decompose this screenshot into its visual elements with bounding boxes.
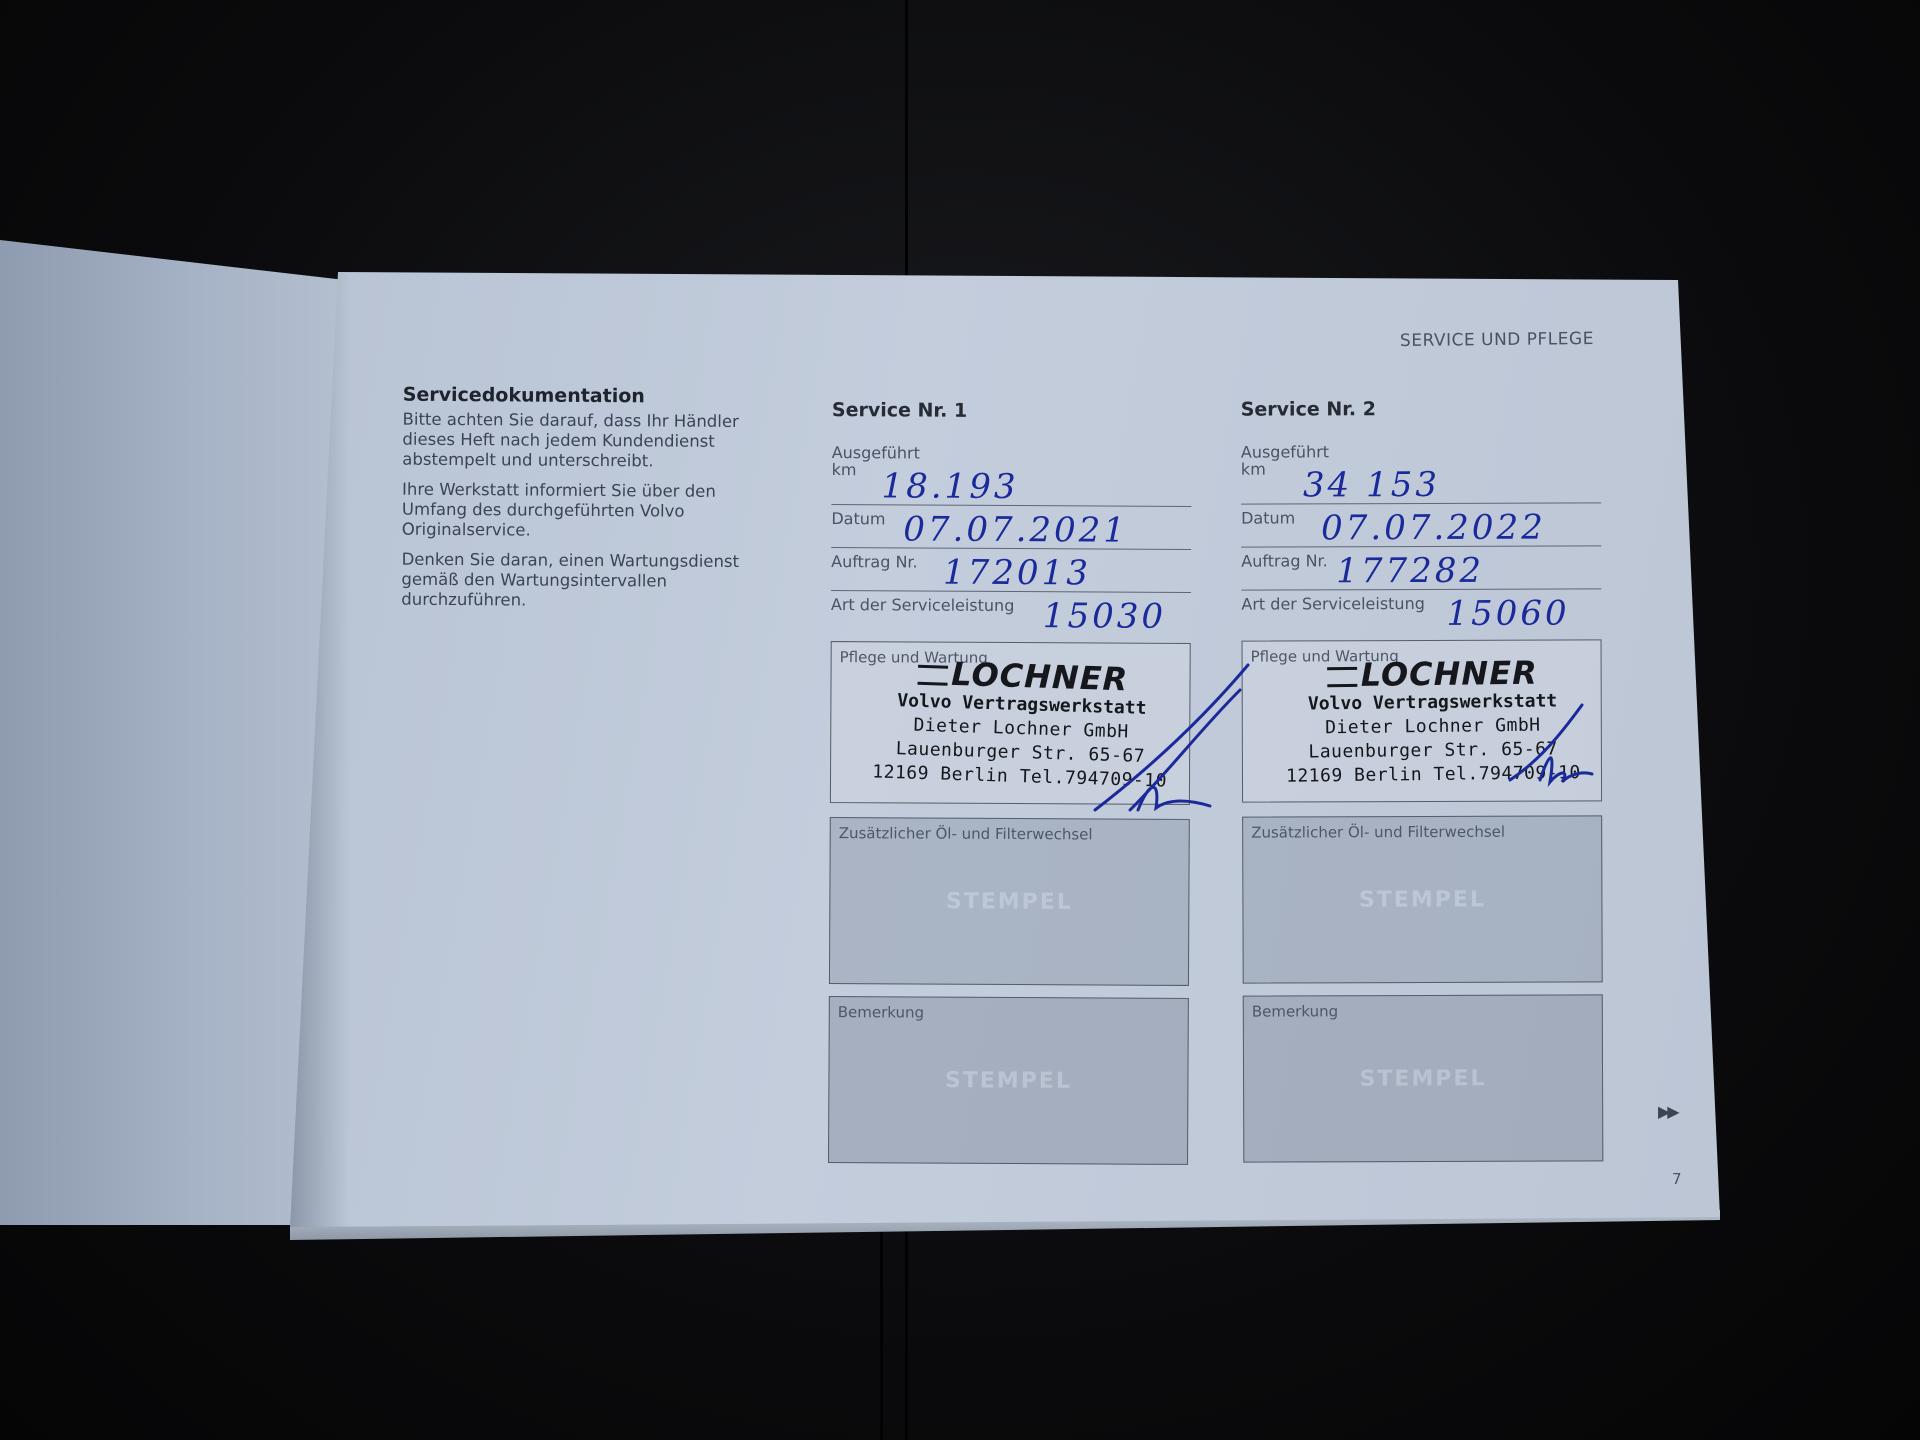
km-label: km (1241, 460, 1266, 479)
dealer-logo: LOCHNER (1282, 655, 1582, 693)
care-box: Pflege und Wartung LOCHNER Volvo Vertrag… (1242, 639, 1603, 802)
service-type-field: Art der Serviceleistung 15030 (831, 591, 1191, 635)
note-box-label: Bemerkung (1252, 1002, 1338, 1020)
section-header: SERVICE UND PFLEGE (1400, 329, 1594, 351)
left-page (0, 240, 345, 1225)
stamp-line: Volvo Vertragswerkstatt (1282, 689, 1582, 717)
dealer-stamp: LOCHNER Volvo Vertragswerkstatt Dieter L… (869, 654, 1173, 793)
intro-title: Servicedokumentation (403, 384, 783, 409)
oil-filter-box: Zusätzlicher Öl- und Filterwechsel STEMP… (829, 817, 1190, 986)
order-value: 172013 (943, 553, 1091, 594)
note-box: Bemerkung STEMPEL (1243, 994, 1604, 1162)
service-type-value: 15030 (1043, 596, 1166, 637)
service-type-value: 15060 (1446, 593, 1569, 633)
date-field: Datum 07.07.2022 (1241, 503, 1601, 547)
service-record-2: Service Nr. 2 Ausgeführt km 34 153 Datum… (1241, 397, 1604, 1162)
stamp-line: Dieter Lochner GmbH (1283, 713, 1583, 741)
km-value: 18.193 (881, 466, 1018, 507)
service-record-1: Service Nr. 1 Ausgeführt km 18.193 Datum… (828, 399, 1192, 1165)
next-page-icon: ▶▶ (1658, 1102, 1677, 1121)
background-seam (880, 1230, 883, 1440)
performed-label: Ausgeführt (1241, 441, 1601, 461)
oil-box-label: Zusätzlicher Öl- und Filterwechsel (839, 824, 1093, 843)
performed-label: Ausgeführt (832, 443, 1192, 464)
date-value: 07.07.2022 (1321, 508, 1546, 549)
intro-paragraph: Bitte achten Sie darauf, dass Ihr Händle… (402, 410, 782, 473)
service-type-field: Art der Serviceleistung 15060 (1241, 589, 1601, 632)
km-field: km 34 153 (1241, 460, 1601, 504)
stamp-line: Lauenburger Str. 65-67 (1283, 737, 1583, 765)
oil-box-label: Zusätzlicher Öl- und Filterwechsel (1251, 823, 1505, 842)
date-label: Datum (831, 509, 885, 528)
care-box: Pflege und Wartung LOCHNER Volvo Vertrag… (830, 641, 1191, 805)
note-box-label: Bemerkung (838, 1003, 924, 1021)
order-label: Auftrag Nr. (1241, 551, 1328, 570)
stamp-line: 12169 Berlin Tel.794709-10 (1283, 761, 1583, 789)
km-field: km 18.193 (831, 462, 1191, 507)
service-title: Service Nr. 2 (1241, 397, 1601, 420)
stamp-watermark: STEMPEL (1244, 1065, 1602, 1091)
stamp-watermark: STEMPEL (1243, 886, 1601, 912)
intro-paragraph: Ihre Werkstatt informiert Sie über den U… (402, 480, 782, 543)
date-field: Datum 07.07.2021 (831, 505, 1191, 550)
km-value: 34 153 (1303, 465, 1440, 505)
stamp-watermark: STEMPEL (829, 1067, 1187, 1094)
oil-filter-box: Zusätzlicher Öl- und Filterwechsel STEMP… (1242, 815, 1603, 983)
dealer-stamp: LOCHNER Volvo Vertragswerkstatt Dieter L… (1282, 655, 1584, 789)
date-value: 07.07.2021 (903, 509, 1128, 550)
order-field: Auftrag Nr. 172013 (831, 548, 1191, 593)
intro-paragraph: Denken Sie daran, einen Wartungsdienst g… (401, 550, 781, 613)
page-number: 7 (1672, 1170, 1682, 1188)
service-title: Service Nr. 1 (832, 399, 1192, 423)
logo-lines-icon (917, 665, 948, 686)
note-box: Bemerkung STEMPEL (828, 996, 1189, 1165)
date-label: Datum (1241, 508, 1295, 527)
order-label: Auftrag Nr. (831, 552, 918, 571)
order-value: 177282 (1336, 551, 1484, 592)
stamp-watermark: STEMPEL (830, 888, 1188, 915)
logo-lines-icon (1327, 667, 1357, 687)
km-label: km (832, 460, 857, 479)
intro-section: Servicedokumentation Bitte achten Sie da… (401, 384, 783, 623)
service-type-label: Art der Serviceleistung (831, 595, 1015, 615)
service-type-label: Art der Serviceleistung (1241, 594, 1425, 614)
order-field: Auftrag Nr. 177282 (1241, 546, 1601, 590)
